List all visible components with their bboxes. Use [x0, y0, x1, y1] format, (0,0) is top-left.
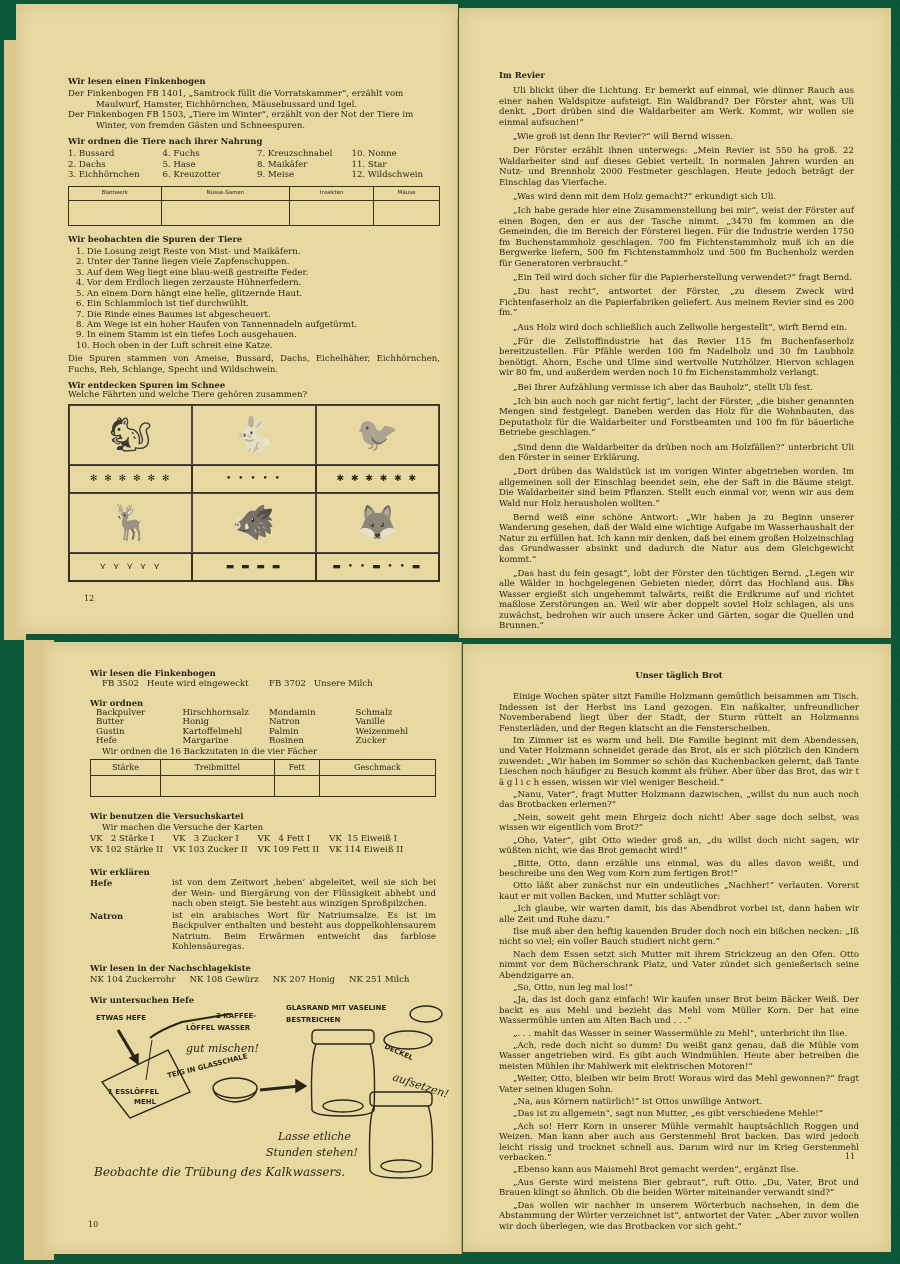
- section-heading: Wir lesen die Finkenbogen: [90, 668, 436, 678]
- paragraph: „Aus Holz wird doch schließlich auch Zel…: [499, 323, 854, 333]
- paragraph: „Weiter, Otto, bleiben wir beim Brot! Wo…: [499, 1074, 859, 1095]
- paragraph: „Ja, das ist doch ganz einfach! Wir kauf…: [499, 995, 859, 1026]
- column-header: Blattwerk: [69, 186, 162, 200]
- finkenbogen-item: FB 3502Heute wird eingeweckt: [102, 679, 269, 689]
- paragraph: „Na, aus Körnern natürlich!“ ist Ottos u…: [499, 1097, 859, 1107]
- paragraph: „Für die Zellstoffindustrie hat das Revi…: [499, 337, 854, 379]
- finkenbogen-item: FB 3702Unsere Milch: [269, 679, 436, 689]
- svg-text:LÖFFEL WASSER: LÖFFEL WASSER: [186, 1023, 251, 1032]
- paragraph: „Aus Gerste wird meistens Bier gebraut“,…: [499, 1178, 859, 1199]
- svg-text:GLASRAND MIT VASELINE: GLASRAND MIT VASELINE: [286, 1004, 386, 1012]
- svg-text:2 KAFFEE-: 2 KAFFEE-: [216, 1012, 256, 1020]
- nachschlage-item: NK 108 Gewürz: [189, 975, 258, 985]
- track-item: 3. Auf dem Weg liegt eine blau-weiß gest…: [76, 268, 440, 278]
- track-pattern-icon: ▬ ▬ ▬ ▬: [192, 553, 315, 581]
- ingredient-item: Zucker: [356, 737, 437, 746]
- track-item: 1. Die Losung zeigt Reste von Mist- und …: [76, 247, 440, 257]
- section-heading: Wir ordnen die Tiere nach ihrer Nahrung: [68, 136, 440, 146]
- paragraph: Der Förster erzählt ihnen unterwegs: „Me…: [499, 146, 854, 188]
- nachschlage-item: NK 207 Honig: [273, 975, 335, 985]
- paragraph: „Nein, soweit geht mein Ehrgeiz doch nic…: [499, 813, 859, 834]
- section-heading: Wir erklären: [90, 867, 436, 877]
- page-10: Wir lesen die Finkenbogen FB 3502Heute w…: [44, 642, 462, 1254]
- animal-item: 4. Fuchs: [163, 149, 252, 159]
- chapter-heading: Im Revier: [499, 70, 854, 80]
- versuch-card: VK 2 Stärke I: [90, 834, 163, 844]
- track-item: 4. Vor dem Erdloch liegen zerzauste Hühn…: [76, 278, 440, 288]
- ingredient-item: Hefe: [96, 737, 177, 746]
- fox-illustration: 🦊: [316, 493, 439, 553]
- svg-text:DECKEL: DECKEL: [383, 1043, 415, 1063]
- track-item: 9. In einem Stamm ist ein tiefes Loch au…: [76, 330, 440, 340]
- tracks-list: 1. Die Losung zeigt Reste von Mist- und …: [68, 247, 440, 351]
- track-pattern-icon: ✱ ✱ ✱ ✱ ✱ ✱: [316, 465, 439, 493]
- animal-item: 10. Nonne: [352, 149, 441, 159]
- animal-item: 5. Hase: [163, 160, 252, 170]
- paragraph: „Bei Ihrer Aufzählung vermisse ich aber …: [499, 383, 854, 393]
- svg-text:TEIG IN GLASSCHALE: TEIG IN GLASSCHALE: [167, 1052, 249, 1080]
- page-12-content: Wir lesen einen Finkenbogen Der Finkenbo…: [68, 76, 440, 582]
- track-pattern-icon: ▬ • • ▬ • • ▬: [316, 553, 439, 581]
- paragraph: „Dort drüben das Waldstück ist im vorige…: [499, 467, 854, 509]
- definitions: Hefeist von dem Zeitwort ‚heben‘ abgelei…: [90, 878, 436, 953]
- paragraph: „Wie groß ist denn Ihr Revier?“ will Ber…: [499, 132, 854, 142]
- animal-item: 12. Wildschwein: [352, 170, 441, 180]
- svg-text:Stunden stehen!: Stunden stehen!: [266, 1146, 358, 1159]
- paragraph: Ilse muß aber den heftig kauenden Bruder…: [499, 927, 859, 948]
- finkenbogen-list: FB 3502Heute wird eingewecktFB 3702Unser…: [90, 679, 436, 689]
- paragraph: Otto läßt aber zunächst nur ein undeutli…: [499, 881, 859, 902]
- track-item: 8. Am Wege ist ein hoher Haufen von Tann…: [76, 320, 440, 330]
- versuch-cards: VK 2 Stärke IVK 3 Zucker IVK 4 Fett IVK …: [90, 834, 436, 855]
- animal-list: 1. Bussard2. Dachs3. Eichhörnchen4. Fuch…: [68, 149, 440, 180]
- column-header: Treibmittel: [161, 760, 275, 776]
- track-item: 6. Ein Schlammloch ist tief durchwühlt.: [76, 299, 440, 309]
- track-item: 7. Die Rinde eines Baumes ist abgescheue…: [76, 310, 440, 320]
- column-header: Fett: [274, 760, 319, 776]
- finkenbogen-entry: Der Finkenbogen FB 1503, „Tiere im Winte…: [68, 110, 440, 131]
- ingredient-item: Margarine: [183, 737, 264, 746]
- page-12: Wir lesen einen Finkenbogen Der Finkenbo…: [16, 4, 458, 634]
- paragraph: „Ebenso kann aus Maismehl Brot gemacht w…: [499, 1165, 859, 1175]
- animal-item: 8. Maikäfer: [257, 160, 346, 170]
- versuch-card: VK 103 Zucker II: [173, 845, 248, 855]
- paragraph: „Ich glaube, wir warten damit, bis das A…: [499, 904, 859, 925]
- animal-item: 9. Meise: [257, 170, 346, 180]
- top-spread: Wir lesen einen Finkenbogen Der Finkenbo…: [0, 0, 900, 640]
- versuch-intro: Wir machen die Versuche der Karten: [90, 823, 436, 833]
- deer-illustration: 🦌: [69, 493, 192, 553]
- wild-boar-illustration: 🐗: [192, 493, 315, 553]
- column-header: Geschmack: [319, 760, 435, 776]
- section-heading: Wir benutzen die Versuchskartei: [90, 811, 436, 821]
- page-11-content: Unser täglich Brot Einige Wochen später …: [499, 670, 859, 1234]
- finkenbogen-code: FB 3502: [102, 679, 139, 689]
- page-11: Unser täglich Brot Einige Wochen später …: [463, 644, 891, 1252]
- column-header: Stärke: [91, 760, 161, 776]
- yeast-experiment-sketch: ETWAS HEFE 2 KAFFEE- LÖFFEL WASSER gut m…: [90, 1000, 450, 1190]
- ingredient-list: BackpulverHirschhornsalzMondaminSchmalzB…: [90, 709, 436, 746]
- section-heading: Wir ordnen: [90, 698, 436, 708]
- definition-text: ist ein arabisches Wort für Natriumsalze…: [172, 911, 436, 953]
- section-heading: Wir lesen in der Nachschlagekiste: [90, 963, 436, 973]
- svg-text:Lasse etliche: Lasse etliche: [277, 1130, 351, 1143]
- nachschlage-item: NK 104 Zuckerrohr: [90, 975, 175, 985]
- ingredient-table: StärkeTreibmittelFettGeschmack: [90, 759, 436, 797]
- page-number: 13: [837, 578, 847, 587]
- section-heading: Wir lesen einen Finkenbogen: [68, 76, 440, 86]
- bird-illustration: 🐦: [316, 405, 439, 465]
- page-13-content: Im Revier Uli blickt über die Lichtung. …: [499, 70, 854, 636]
- paragraph: Im Zimmer ist es warm und hell. Die Fami…: [499, 736, 859, 788]
- paragraph: „Ach so! Herr Korn in unserer Mühle verm…: [499, 1122, 859, 1164]
- animal-item: 7. Kreuzschnabel: [257, 149, 346, 159]
- svg-text:1 ESSLÖFFEL: 1 ESSLÖFFEL: [108, 1087, 159, 1096]
- definition-text: ist von dem Zeitwort ‚heben‘ abgeleitet,…: [172, 878, 436, 909]
- definition-term: Natron: [90, 911, 168, 954]
- column-header: Mäuse: [374, 186, 440, 200]
- paragraph: „Ich habe gerade hier eine Zusammenstell…: [499, 206, 854, 268]
- section-heading: Wir beobachten die Spuren der Tiere: [68, 234, 440, 244]
- page-13: Im Revier Uli blickt über die Lichtung. …: [459, 8, 891, 638]
- track-pattern-icon: ✻ ✻ ✻ ✻ ✻ ✻: [69, 465, 192, 493]
- paragraph: Uli blickt über die Lichtung. Er bemerkt…: [499, 86, 854, 128]
- versuch-card: VK 3 Zucker I: [173, 834, 248, 844]
- squirrel-illustration: 🐿: [69, 405, 192, 465]
- chapter-heading: Unser täglich Brot: [499, 670, 859, 680]
- page-10-content: Wir lesen die Finkenbogen FB 3502Heute w…: [90, 668, 436, 1009]
- paragraph: „. . . mahlt das Wasser in seiner Wasser…: [499, 1029, 859, 1039]
- animal-item: 3. Eichhörnchen: [68, 170, 157, 180]
- svg-text:gut mischen!: gut mischen!: [186, 1042, 259, 1055]
- paragraph: „Das ist zu allgemein“, sagt nun Mutter,…: [499, 1109, 859, 1119]
- section-heading: Wir entdecken Spuren im Schnee: [68, 380, 440, 390]
- finkenbogen-entry: Der Finkenbogen FB 1401, „Samtrock füllt…: [68, 89, 440, 110]
- svg-text:aufsetzen!: aufsetzen!: [391, 1070, 450, 1100]
- paragraph: „Das hast du fein gesagt“, lobt der Förs…: [499, 569, 854, 631]
- versuch-card: VK 114 Eiweiß II: [329, 845, 403, 855]
- animal-item: 1. Bussard: [68, 149, 157, 159]
- animal-item: 11. Star: [352, 160, 441, 170]
- ingredient-item: Rosinen: [269, 737, 350, 746]
- svg-text:Beobachte die Trübung des Kalk: Beobachte die Trübung des Kalkwassers.: [93, 1165, 345, 1179]
- column-header: Nüsse-Samen: [161, 186, 290, 200]
- finkenbogen-title: Unsere Milch: [314, 679, 373, 689]
- food-table: BlattwerkNüsse-SamenInsektenMäuse: [68, 186, 440, 226]
- paragraph: „Du hast recht“, antwortet der Förster, …: [499, 287, 854, 318]
- finkenbogen-title: Heute wird eingeweckt: [147, 679, 249, 689]
- track-item: 5. An einem Dorn hängt eine helle, glitz…: [76, 289, 440, 299]
- svg-text:MEHL: MEHL: [134, 1098, 157, 1106]
- track-pattern-icon: • • • • •: [192, 465, 315, 493]
- paragraph: „Ach, rede doch nicht so dumm! Du weißt …: [499, 1041, 859, 1072]
- paragraph: „Nanu, Vater“, fragt Mutter Holzmann daz…: [499, 790, 859, 811]
- nachschlage-list: NK 104 ZuckerrohrNK 108 GewürzNK 207 Hon…: [90, 975, 436, 985]
- track-pattern-icon: ⋎ ⋎ ⋎ ⋎ ⋎: [69, 553, 192, 581]
- track-item: 10. Hoch oben in der Luft schreit eine K…: [76, 341, 440, 351]
- animal-track-grid: 🐿🐇🐦✻ ✻ ✻ ✻ ✻ ✻• • • • •✱ ✱ ✱ ✱ ✱ ✱🦌🐗🦊⋎ ⋎…: [68, 404, 440, 582]
- nachschlage-item: NK 251 Milch: [349, 975, 409, 985]
- animal-item: 6. Kreuzotter: [163, 170, 252, 180]
- paragraph: „So, Otto, nun leg mal los!“: [499, 983, 859, 993]
- column-header: Insekten: [290, 186, 374, 200]
- finkenbogen-code: FB 3702: [269, 679, 306, 689]
- definition-term: Hefe: [90, 878, 168, 910]
- track-item: 2. Unter der Tanne liegen viele Zapfensc…: [76, 257, 440, 267]
- hare-illustration: 🐇: [192, 405, 315, 465]
- tracks-summary: Die Spuren stammen von Ameise, Bussard, …: [68, 354, 440, 375]
- paragraph: „Oho, Vater“, gibt Otto wieder groß an, …: [499, 836, 859, 857]
- paragraph: „Sind denn die Waldarbeiter da drüben no…: [499, 443, 854, 464]
- paragraph: „Was wird denn mit dem Holz gemacht?“ er…: [499, 192, 854, 202]
- label-etwas-hefe: ETWAS HEFE: [96, 1014, 146, 1022]
- paragraph: Einige Wochen später sitzt Familie Holzm…: [499, 692, 859, 734]
- page-number: 10: [88, 1220, 98, 1229]
- ordnen-instruction: Wir ordnen die 16 Backzutaten in die vie…: [90, 747, 436, 757]
- paragraph: Bernd weiß eine schöne Antwort: „Wir hab…: [499, 513, 854, 565]
- animal-item: 2. Dachs: [68, 160, 157, 170]
- versuch-card: VK 102 Stärke II: [90, 845, 163, 855]
- paragraph: „Ein Teil wird doch sicher für die Papie…: [499, 273, 854, 283]
- svg-text:BESTREICHEN: BESTREICHEN: [286, 1016, 340, 1024]
- paragraph: Nach dem Essen setzt sich Mutter mit ihr…: [499, 950, 859, 981]
- board-icon: [102, 1050, 190, 1118]
- page-number: 11: [845, 1152, 855, 1161]
- paragraph: „Ich bin auch noch gar nicht fertig“, la…: [499, 397, 854, 439]
- bottom-spread: Wir lesen die Finkenbogen FB 3502Heute w…: [0, 630, 900, 1264]
- page-number: 12: [84, 594, 94, 603]
- versuch-card: VK 109 Fett II: [258, 845, 320, 855]
- paragraph: „Bitte, Otto, dann erzähle uns einmal, w…: [499, 859, 859, 880]
- versuch-card: VK 4 Fett I: [258, 834, 320, 844]
- versuch-card: VK 15 Eiweiß I: [329, 834, 403, 844]
- paragraph: „Das wollen wir nachher in unserem Wörte…: [499, 1201, 859, 1232]
- snow-question: Welche Fährten und welche Tiere gehören …: [68, 390, 440, 400]
